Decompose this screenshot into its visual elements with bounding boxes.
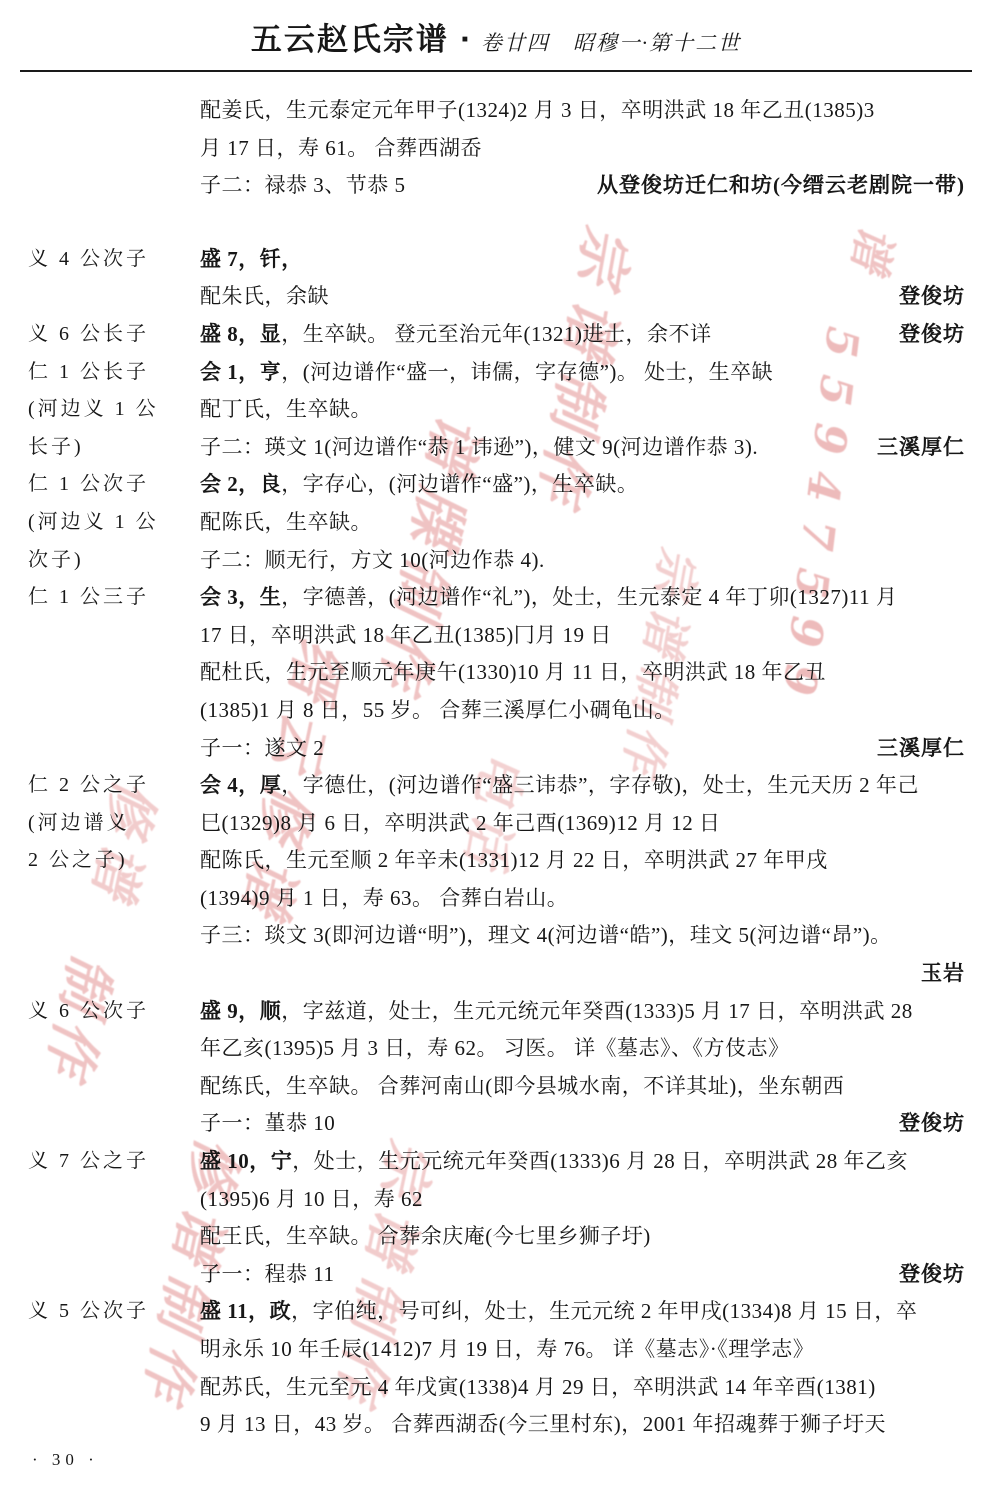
entry-text: 配王氏，生卒缺。 合葬余庆庵(今七里乡狮子圩) xyxy=(200,1224,651,1248)
entry-text: 配练氏，生卒缺。 合葬河南山(即今县城水南，不详其址)，坐东朝西 xyxy=(200,1074,844,1098)
place-label: 登俊坊 xyxy=(899,1256,965,1294)
text-row: 明永乐 10 年壬辰(1412)7 月 19 日，寿 76。 详《墓志》·《理学… xyxy=(0,1331,992,1369)
text-row: (1385)1 月 8 日，55 岁。 合葬三溪厚仁小碉龟山。 xyxy=(0,692,992,730)
entry-text: 配苏氏，生元至元 4 年戊寅(1338)4 月 29 日，卒明洪武 14 年辛酉… xyxy=(200,1375,876,1399)
entry-text: 巳(1329)8 月 6 日，卒明洪武 2 年己酉(1369)12 月 12 日 xyxy=(200,811,720,835)
text-row: 配朱氏，余缺登俊坊 xyxy=(0,278,992,316)
margin-label: (河边谱义 xyxy=(28,805,130,843)
entry-text: 会 3，生，字德善，(河边谱作“礼”)，处士，生元泰定 4 年丁卯(1327)1… xyxy=(200,585,897,609)
entry-text: 子三：琰文 3(即河边谱“明”)，理文 4(河边谱“皓”)，珪文 5(河边谱“昂… xyxy=(200,923,892,947)
entry-text: 盛 10，宁，处士，生元元统元年癸酉(1333)6 月 28 日，卒明洪武 28… xyxy=(200,1149,908,1173)
place-label: 登俊坊 xyxy=(899,316,965,354)
place-label: 登俊坊 xyxy=(899,278,965,316)
margin-label: 仁 1 公次子 xyxy=(28,466,149,504)
text-row: 仁 1 公三子会 3，生，字德善，(河边谱作“礼”)，处士，生元泰定 4 年丁卯… xyxy=(0,579,992,617)
entry-text: 盛 7，钎， xyxy=(200,247,303,271)
place-label: 玉岩 xyxy=(921,955,965,993)
margin-label: 义 4 公次子 xyxy=(28,241,149,279)
page-header: 五云赵氏宗谱 ■ 卷廿四 昭穆一·第十二世 xyxy=(0,0,992,59)
entry-text: 子一：堇恭 10 xyxy=(200,1111,335,1135)
page-number: · 30 · xyxy=(32,1450,99,1470)
text-row: 次子)子二：顺无行，方文 10(河边作恭 4). xyxy=(0,542,992,580)
entry-text: 盛 11，政，字伯纯，号可纠，处士，生元元统 2 年甲戌(1334)8 月 15… xyxy=(200,1299,917,1323)
entry-text: 17 日，卒明洪武 18 年乙丑(1385)冂月 19 日 xyxy=(200,623,612,647)
text-row: 配练氏，生卒缺。 合葬河南山(即今县城水南，不详其址)，坐东朝西 xyxy=(0,1068,992,1106)
text-row: 年乙亥(1395)5 月 3 日，寿 62。 习医。 详《墓志》、《方伎志》 xyxy=(0,1030,992,1068)
place-label: 三溪厚仁 xyxy=(877,730,965,768)
text-row: 义 6 公长子盛 8，显，生卒缺。 登元至治元年(1321)进士，余不详登俊坊 xyxy=(0,316,992,354)
text-row: 子三：琰文 3(即河边谱“明”)，理文 4(河边谱“皓”)，珪文 5(河边谱“昂… xyxy=(0,917,992,955)
text-row: 配苏氏，生元至元 4 年戊寅(1338)4 月 29 日，卒明洪武 14 年辛酉… xyxy=(0,1369,992,1407)
margin-label: 仁 1 公长子 xyxy=(28,354,149,392)
entry-text: 子一：程恭 11 xyxy=(200,1262,334,1286)
text-row: 2 公之子)配陈氏，生元至顺 2 年辛未(1331)12 月 22 日，卒明洪武… xyxy=(0,842,992,880)
entry-text: (1385)1 月 8 日，55 岁。 合葬三溪厚仁小碉龟山。 xyxy=(200,698,676,722)
text-row: 仁 1 公次子会 2，良，字存心，(河边谱作“盛”)，生卒缺。 xyxy=(0,466,992,504)
entry-text: 配姜氏，生元泰定元年甲子(1324)2 月 3 日，卒明洪武 18 年乙丑(13… xyxy=(200,98,875,122)
text-row: 配杜氏，生元至顺元年庚午(1330)10 月 11 日，卒明洪武 18 年乙丑 xyxy=(0,654,992,692)
margin-label: 义 6 公长子 xyxy=(28,316,149,354)
text-row: 仁 1 公长子会 1，亨，(河边谱作“盛一，讳儒，字存德”)。 处士，生卒缺 xyxy=(0,354,992,392)
text-row: (1394)9 月 1 日，寿 63。 合葬白岩山。 xyxy=(0,880,992,918)
text-row: (河边义 1 公配丁氏，生卒缺。 xyxy=(0,391,992,429)
entry-text: 配朱氏，余缺 xyxy=(200,284,329,308)
margin-label: (河边义 1 公 xyxy=(28,391,159,429)
entry-text: 9 月 13 日，43 岁。 合葬西湖岙(今三里村东)，2001 年招魂葬于狮子… xyxy=(200,1412,886,1436)
entry-text: 配杜氏，生元至顺元年庚午(1330)10 月 11 日，卒明洪武 18 年乙丑 xyxy=(200,660,826,684)
margin-label: 义 6 公次子 xyxy=(28,993,149,1031)
entry-text: 盛 8，显，生卒缺。 登元至治元年(1321)进士，余不详 xyxy=(200,322,712,346)
text-row: 义 5 公次子盛 11，政，字伯纯，号可纠，处士，生元元统 2 年甲戌(1334… xyxy=(0,1293,992,1331)
text-row: 义 6 公次子盛 9，顺，字兹道，处士，生元元统元年癸酉(1333)5 月 17… xyxy=(0,993,992,1031)
volume-subtitle: 卷廿四 昭穆一·第十二世 xyxy=(481,31,741,55)
entry-text: 会 1，亨，(河边谱作“盛一，讳儒，字存德”)。 处士，生卒缺 xyxy=(200,360,773,384)
entry-text: 配陈氏，生元至顺 2 年辛未(1331)12 月 22 日，卒明洪武 27 年甲… xyxy=(200,848,828,872)
text-row: 义 4 公次子盛 7，钎， xyxy=(0,241,992,279)
text-row: 17 日，卒明洪武 18 年乙丑(1385)冂月 19 日 xyxy=(0,617,992,655)
margin-label: (河边义 1 公 xyxy=(28,504,159,542)
text-row: 仁 2 公之子会 4，厚，字德仕，(河边谱作“盛三讳恭”，字存敬)，处士，生元天… xyxy=(0,767,992,805)
text-row: 义 7 公之子盛 10，宁，处士，生元元统元年癸酉(1333)6 月 28 日，… xyxy=(0,1143,992,1181)
text-row: (河边义 1 公配陈氏，生卒缺。 xyxy=(0,504,992,542)
text-row: (河边谱义巳(1329)8 月 6 日，卒明洪武 2 年己酉(1369)12 月… xyxy=(0,805,992,843)
entry-text: 配陈氏，生卒缺。 xyxy=(200,510,372,534)
text-row: 子一：程恭 11登俊坊 xyxy=(0,1256,992,1294)
text-row: 子二：禄恭 3、节恭 5从登俊坊迁仁和坊(今缙云老剧院一带) xyxy=(0,167,992,205)
book-title: 五云赵氏宗谱 xyxy=(251,22,449,57)
margin-label: 仁 1 公三子 xyxy=(28,579,149,617)
entry-text: (1394)9 月 1 日，寿 63。 合葬白岩山。 xyxy=(200,886,568,910)
entry-text: 年乙亥(1395)5 月 3 日，寿 62。 习医。 详《墓志》、《方伎志》 xyxy=(200,1036,789,1060)
text-row: 子一：堇恭 10登俊坊 xyxy=(0,1105,992,1143)
margin-label: 义 7 公之子 xyxy=(28,1143,149,1181)
text-row: 月 17 日，寿 61。 合葬西湖岙 xyxy=(0,130,992,168)
entry-text: 会 4，厚，字德仕，(河边谱作“盛三讳恭”，字存敬)，处士，生元天历 2 年己 xyxy=(200,773,919,797)
entry-text: 子一：遂文 2 xyxy=(200,736,324,760)
text-row: 子一：遂文 2三溪厚仁 xyxy=(0,730,992,768)
entry-text: 会 2，良，字存心，(河边谱作“盛”)，生卒缺。 xyxy=(200,472,638,496)
entry-text: 子二：禄恭 3、节恭 5 xyxy=(200,173,406,197)
entry-text: 子二：瑛文 1(河边谱作“恭 1 讳逊”)，健文 9(河边谱作恭 3). xyxy=(200,435,758,459)
text-row: (1395)6 月 10 日，寿 62 xyxy=(0,1181,992,1219)
margin-label: 次子) xyxy=(28,542,84,580)
margin-label: 长子) xyxy=(28,429,84,467)
entry-text: 明永乐 10 年壬辰(1412)7 月 19 日，寿 76。 详《墓志》·《理学… xyxy=(200,1337,814,1361)
text-row: 配王氏，生卒缺。 合葬余庆庵(今七里乡狮子圩) xyxy=(0,1218,992,1256)
text-row: 长子)子二：瑛文 1(河边谱作“恭 1 讳逊”)，健文 9(河边谱作恭 3).三… xyxy=(0,429,992,467)
margin-label: 仁 2 公之子 xyxy=(28,767,149,805)
margin-label: 2 公之子) xyxy=(28,842,128,880)
entry-text: (1395)6 月 10 日，寿 62 xyxy=(200,1187,423,1211)
place-label: 三溪厚仁 xyxy=(877,429,965,467)
text-row: 9 月 13 日，43 岁。 合葬西湖岙(今三里村东)，2001 年招魂葬于狮子… xyxy=(0,1406,992,1444)
text-block: 配姜氏，生元泰定元年甲子(1324)2 月 3 日，卒明洪武 18 年乙丑(13… xyxy=(0,72,992,1444)
margin-label: 义 5 公次子 xyxy=(28,1293,149,1331)
genealogy-page: 55947599 宗谱制作 谱牒制作 缙云修谱 宗谱制作 修谱制作 宗谱制作 谱… xyxy=(0,0,992,1512)
title-separator-icon: ■ xyxy=(462,34,468,45)
place-label: 登俊坊 xyxy=(899,1105,965,1143)
text-row: 玉岩 xyxy=(0,955,992,993)
entry-text: 配丁氏，生卒缺。 xyxy=(200,397,372,421)
entry-text: 子二：顺无行，方文 10(河边作恭 4). xyxy=(200,548,545,572)
entry-text: 月 17 日，寿 61。 合葬西湖岙 xyxy=(200,136,482,160)
text-row: 配姜氏，生元泰定元年甲子(1324)2 月 3 日，卒明洪武 18 年乙丑(13… xyxy=(0,92,992,130)
entry-text: 盛 9，顺，字兹道，处士，生元元统元年癸酉(1333)5 月 17 日，卒明洪武… xyxy=(200,999,913,1023)
place-label: 从登俊坊迁仁和坊(今缙云老剧院一带) xyxy=(597,167,965,205)
